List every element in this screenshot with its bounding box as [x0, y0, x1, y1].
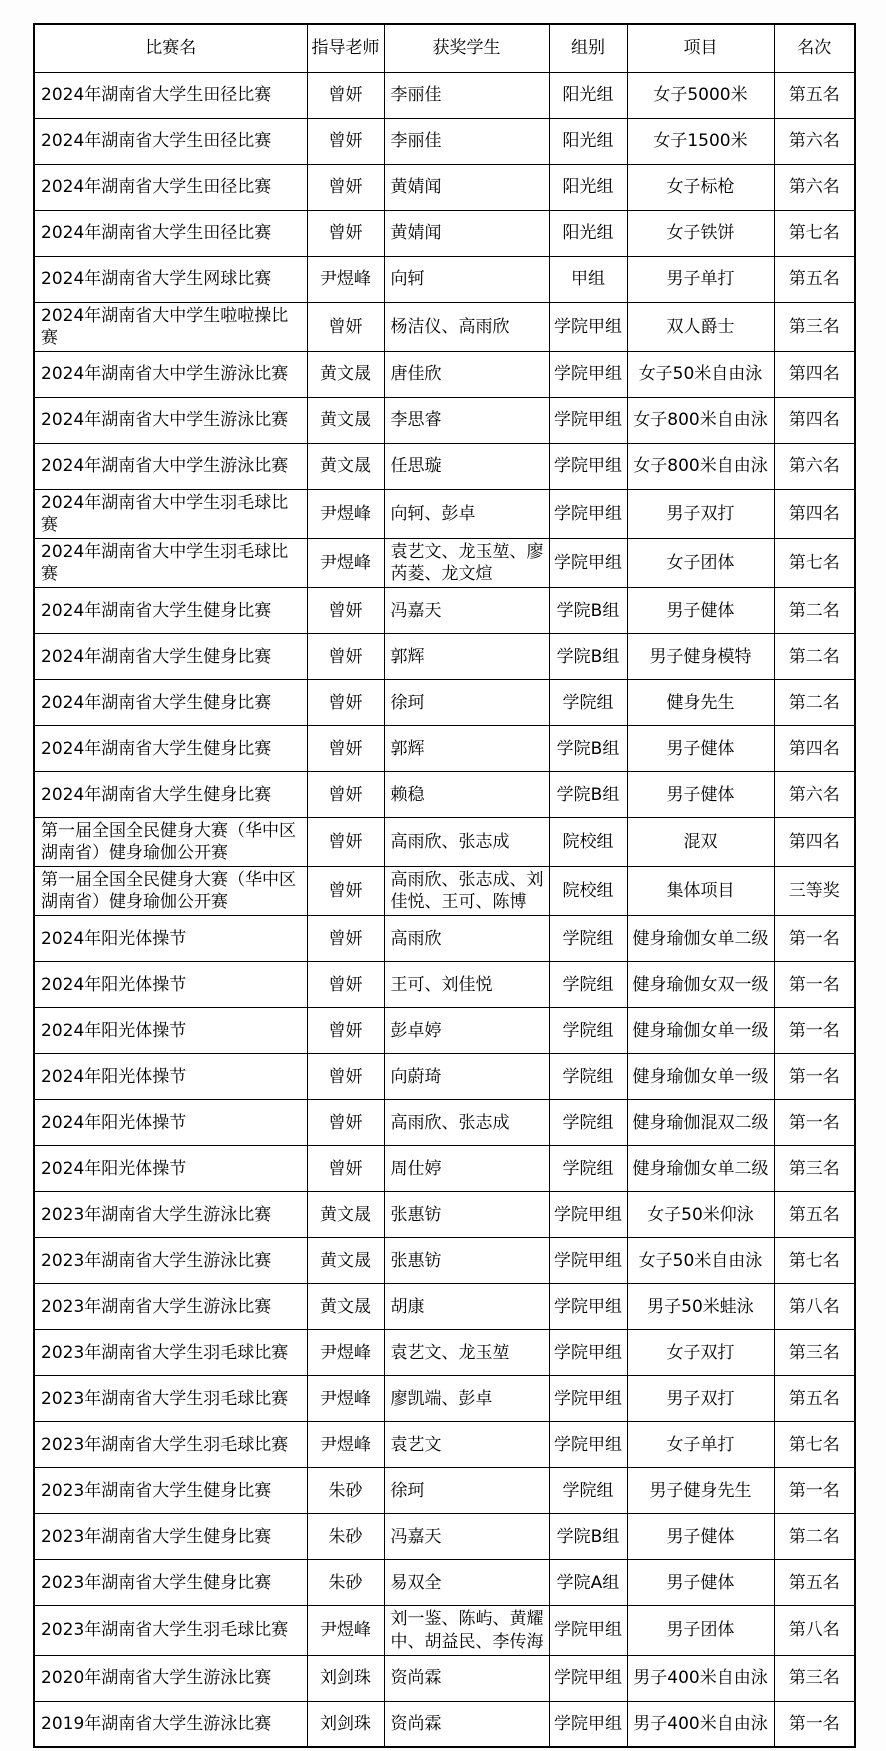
cell-group: 学院组 [549, 1146, 627, 1192]
cell-teacher: 朱砂 [307, 1514, 384, 1560]
table-row: 2023年湖南省大学生羽毛球比赛尹煜峰袁艺文学院甲组女子单打第七名 [34, 1422, 855, 1468]
cell-students: 郭辉 [384, 726, 549, 772]
cell-competition: 2024年湖南省大学生田径比赛 [34, 118, 307, 164]
cell-teacher: 刘剑珠 [307, 1701, 384, 1747]
table-row: 第一届全国全民健身大赛（华中区湖南省）健身瑜伽公开赛曾妍高雨欣、张志成院校组混双… [34, 818, 855, 867]
cell-rank: 第六名 [774, 118, 855, 164]
cell-competition: 2024年阳光体操节 [34, 1054, 307, 1100]
cell-students: 资尚霖 [384, 1701, 549, 1747]
cell-teacher: 曾妍 [307, 726, 384, 772]
cell-competition: 2024年湖南省大中学生游泳比赛 [34, 351, 307, 397]
cell-teacher: 朱砂 [307, 1560, 384, 1606]
cell-rank: 第一名 [774, 1100, 855, 1146]
cell-students: 高雨欣 [384, 916, 549, 962]
cell-students: 王可、刘佳悦 [384, 962, 549, 1008]
cell-students: 袁艺文 [384, 1422, 549, 1468]
cell-group: 学院甲组 [549, 1606, 627, 1655]
cell-group: 学院甲组 [549, 489, 627, 538]
cell-event: 健身瑜伽混双二级 [627, 1100, 774, 1146]
cell-rank: 第四名 [774, 397, 855, 443]
cell-event: 健身瑜伽女单一级 [627, 1008, 774, 1054]
cell-rank: 第五名 [774, 256, 855, 302]
cell-rank: 第五名 [774, 1376, 855, 1422]
cell-students: 冯嘉天 [384, 588, 549, 634]
cell-teacher: 曾妍 [307, 962, 384, 1008]
cell-teacher: 尹煜峰 [307, 1330, 384, 1376]
cell-students: 高雨欣、张志成 [384, 1100, 549, 1146]
cell-event: 健身瑜伽女单二级 [627, 1146, 774, 1192]
cell-students: 袁艺文、龙玉堃 [384, 1330, 549, 1376]
cell-students: 徐珂 [384, 1468, 549, 1514]
table-row: 2023年湖南省大学生健身比赛朱砂徐珂学院组男子健身先生第一名 [34, 1468, 855, 1514]
cell-rank: 第八名 [774, 1284, 855, 1330]
column-header-students: 获奖学生 [384, 24, 549, 72]
cell-competition: 2024年湖南省大中学生游泳比赛 [34, 443, 307, 489]
cell-group: 学院甲组 [549, 1238, 627, 1284]
table-header-row: 比赛名指导老师获奖学生组别项目名次 [34, 24, 855, 72]
cell-group: 学院组 [549, 1468, 627, 1514]
cell-students: 徐珂 [384, 680, 549, 726]
cell-group: 学院A组 [549, 1560, 627, 1606]
cell-teacher: 朱砂 [307, 1468, 384, 1514]
cell-group: 学院组 [549, 680, 627, 726]
table-row: 2023年湖南省大学生游泳比赛黄文晟张惠钫学院甲组女子50米自由泳第七名 [34, 1238, 855, 1284]
cell-students: 李思睿 [384, 397, 549, 443]
table-row: 2024年阳光体操节曾妍向蔚琦学院组健身瑜伽女单一级第一名 [34, 1054, 855, 1100]
cell-competition: 2024年阳光体操节 [34, 1146, 307, 1192]
cell-event: 男子双打 [627, 489, 774, 538]
cell-competition: 2024年湖南省大学生田径比赛 [34, 72, 307, 118]
cell-teacher: 曾妍 [307, 680, 384, 726]
cell-event: 双人爵士 [627, 302, 774, 351]
cell-teacher: 曾妍 [307, 818, 384, 867]
cell-event: 女子800米自由泳 [627, 397, 774, 443]
cell-rank: 第四名 [774, 351, 855, 397]
cell-group: 学院B组 [549, 1514, 627, 1560]
cell-competition: 2024年湖南省大中学生羽毛球比赛 [34, 538, 307, 587]
table-body: 2024年湖南省大学生田径比赛曾妍李丽佳阳光组女子5000米第五名2024年湖南… [34, 72, 855, 1747]
cell-students: 向蔚琦 [384, 1054, 549, 1100]
cell-competition: 2024年湖南省大中学生游泳比赛 [34, 397, 307, 443]
cell-competition: 2024年湖南省大学生网球比赛 [34, 256, 307, 302]
cell-group: 学院甲组 [549, 1422, 627, 1468]
cell-rank: 第六名 [774, 164, 855, 210]
table-row: 2024年湖南省大学生田径比赛曾妍李丽佳阳光组女子1500米第六名 [34, 118, 855, 164]
cell-teacher: 曾妍 [307, 772, 384, 818]
table-row: 2024年湖南省大学生网球比赛尹煜峰向轲甲组男子单打第五名 [34, 256, 855, 302]
cell-group: 院校组 [549, 818, 627, 867]
cell-teacher: 曾妍 [307, 118, 384, 164]
cell-rank: 第四名 [774, 726, 855, 772]
table-row: 第一届全国全民健身大赛（华中区湖南省）健身瑜伽公开赛曾妍高雨欣、张志成、刘佳悦、… [34, 867, 855, 916]
cell-event: 健身瑜伽女单二级 [627, 916, 774, 962]
cell-rank: 第七名 [774, 538, 855, 587]
cell-teacher: 尹煜峰 [307, 256, 384, 302]
cell-group: 学院甲组 [549, 1376, 627, 1422]
table-row: 2024年湖南省大学生田径比赛曾妍黄婧闻阳光组女子铁饼第七名 [34, 210, 855, 256]
cell-students: 廖凯端、彭卓 [384, 1376, 549, 1422]
cell-event: 女子50米自由泳 [627, 351, 774, 397]
cell-teacher: 尹煜峰 [307, 538, 384, 587]
column-header-rank: 名次 [774, 24, 855, 72]
cell-event: 男子团体 [627, 1606, 774, 1655]
cell-teacher: 曾妍 [307, 210, 384, 256]
cell-rank: 第三名 [774, 1330, 855, 1376]
cell-teacher: 黄文晟 [307, 351, 384, 397]
cell-group: 学院B组 [549, 772, 627, 818]
cell-teacher: 曾妍 [307, 1054, 384, 1100]
cell-rank: 第三名 [774, 1655, 855, 1701]
cell-teacher: 曾妍 [307, 588, 384, 634]
cell-group: 学院B组 [549, 726, 627, 772]
cell-teacher: 曾妍 [307, 164, 384, 210]
cell-teacher: 刘剑珠 [307, 1655, 384, 1701]
cell-competition: 2023年湖南省大学生羽毛球比赛 [34, 1330, 307, 1376]
table-row: 2024年湖南省大中学生游泳比赛黄文晟任思璇学院甲组女子800米自由泳第六名 [34, 443, 855, 489]
cell-competition: 2024年阳光体操节 [34, 916, 307, 962]
table-row: 2020年湖南省大学生游泳比赛刘剑珠资尚霖学院甲组男子400米自由泳第三名 [34, 1655, 855, 1701]
column-header-teacher: 指导老师 [307, 24, 384, 72]
cell-group: 学院甲组 [549, 538, 627, 587]
cell-students: 冯嘉天 [384, 1514, 549, 1560]
cell-rank: 第一名 [774, 962, 855, 1008]
cell-competition: 第一届全国全民健身大赛（华中区湖南省）健身瑜伽公开赛 [34, 867, 307, 916]
cell-group: 学院甲组 [549, 1701, 627, 1747]
table-row: 2023年湖南省大学生健身比赛朱砂冯嘉天学院B组男子健体第二名 [34, 1514, 855, 1560]
cell-group: 学院组 [549, 916, 627, 962]
cell-students: 张惠钫 [384, 1238, 549, 1284]
cell-rank: 第五名 [774, 72, 855, 118]
table-row: 2024年阳光体操节曾妍高雨欣学院组健身瑜伽女单二级第一名 [34, 916, 855, 962]
cell-teacher: 尹煜峰 [307, 1376, 384, 1422]
cell-event: 健身瑜伽女单一级 [627, 1054, 774, 1100]
cell-students: 李丽佳 [384, 72, 549, 118]
cell-event: 男子单打 [627, 256, 774, 302]
cell-students: 杨洁仪、高雨欣 [384, 302, 549, 351]
cell-competition: 2024年湖南省大学生健身比赛 [34, 726, 307, 772]
cell-event: 男子400米自由泳 [627, 1701, 774, 1747]
cell-group: 学院甲组 [549, 351, 627, 397]
cell-students: 刘一鉴、陈屿、黄耀中、胡益民、李传海 [384, 1606, 549, 1655]
cell-students: 黄婧闻 [384, 164, 549, 210]
cell-rank: 第三名 [774, 302, 855, 351]
cell-rank: 第一名 [774, 1468, 855, 1514]
cell-students: 高雨欣、张志成 [384, 818, 549, 867]
cell-rank: 第八名 [774, 1606, 855, 1655]
cell-competition: 2023年湖南省大学生健身比赛 [34, 1514, 307, 1560]
cell-competition: 2023年湖南省大学生游泳比赛 [34, 1238, 307, 1284]
cell-competition: 2023年湖南省大学生游泳比赛 [34, 1284, 307, 1330]
cell-competition: 2023年湖南省大学生羽毛球比赛 [34, 1606, 307, 1655]
cell-teacher: 曾妍 [307, 1100, 384, 1146]
cell-students: 向轲 [384, 256, 549, 302]
cell-competition: 2024年湖南省大学生健身比赛 [34, 680, 307, 726]
cell-rank: 第三名 [774, 1146, 855, 1192]
cell-rank: 第四名 [774, 489, 855, 538]
cell-group: 甲组 [549, 256, 627, 302]
cell-event: 男子健体 [627, 726, 774, 772]
cell-teacher: 曾妍 [307, 302, 384, 351]
table-row: 2023年湖南省大学生羽毛球比赛尹煜峰廖凯端、彭卓学院甲组男子双打第五名 [34, 1376, 855, 1422]
table-row: 2024年湖南省大中学生羽毛球比赛尹煜峰袁艺文、龙玉堃、廖芮菱、龙文煊学院甲组女… [34, 538, 855, 587]
cell-competition: 2024年阳光体操节 [34, 1008, 307, 1054]
cell-students: 张惠钫 [384, 1192, 549, 1238]
cell-students: 胡康 [384, 1284, 549, 1330]
cell-event: 女子5000米 [627, 72, 774, 118]
table-row: 2024年阳光体操节曾妍周仕婷学院组健身瑜伽女单二级第三名 [34, 1146, 855, 1192]
cell-rank: 第一名 [774, 1701, 855, 1747]
cell-students: 易双全 [384, 1560, 549, 1606]
table-row: 2019年湖南省大学生游泳比赛刘剑珠资尚霖学院甲组男子400米自由泳第一名 [34, 1701, 855, 1747]
table-row: 2024年湖南省大中学生羽毛球比赛尹煜峰向轲、彭卓学院甲组男子双打第四名 [34, 489, 855, 538]
cell-competition: 2023年湖南省大学生健身比赛 [34, 1468, 307, 1514]
cell-rank: 第七名 [774, 1422, 855, 1468]
cell-group: 阳光组 [549, 164, 627, 210]
cell-competition: 2023年湖南省大学生羽毛球比赛 [34, 1376, 307, 1422]
cell-competition: 第一届全国全民健身大赛（华中区湖南省）健身瑜伽公开赛 [34, 818, 307, 867]
cell-students: 李丽佳 [384, 118, 549, 164]
cell-teacher: 尹煜峰 [307, 1606, 384, 1655]
cell-competition: 2024年湖南省大中学生啦啦操比赛 [34, 302, 307, 351]
table-row: 2024年湖南省大学生健身比赛曾妍郭辉学院B组男子健身模特第二名 [34, 634, 855, 680]
cell-competition: 2019年湖南省大学生游泳比赛 [34, 1701, 307, 1747]
cell-competition: 2024年湖南省大学生健身比赛 [34, 634, 307, 680]
cell-rank: 第二名 [774, 634, 855, 680]
table-row: 2024年阳光体操节曾妍彭卓婷学院组健身瑜伽女单一级第一名 [34, 1008, 855, 1054]
cell-competition: 2024年阳光体操节 [34, 1100, 307, 1146]
cell-rank: 第七名 [774, 1238, 855, 1284]
cell-event: 女子双打 [627, 1330, 774, 1376]
cell-group: 学院组 [549, 1008, 627, 1054]
cell-event: 女子800米自由泳 [627, 443, 774, 489]
table-row: 2023年湖南省大学生游泳比赛黄文晟胡康学院甲组男子50米蛙泳第八名 [34, 1284, 855, 1330]
page: 比赛名指导老师获奖学生组别项目名次 2024年湖南省大学生田径比赛曾妍李丽佳阳光… [0, 0, 886, 1751]
cell-event: 混双 [627, 818, 774, 867]
cell-students: 郭辉 [384, 634, 549, 680]
table-row: 2024年阳光体操节曾妍王可、刘佳悦学院组健身瑜伽女双一级第一名 [34, 962, 855, 1008]
cell-competition: 2024年湖南省大学生健身比赛 [34, 772, 307, 818]
cell-event: 女子1500米 [627, 118, 774, 164]
cell-group: 学院甲组 [549, 397, 627, 443]
cell-event: 女子50米自由泳 [627, 1238, 774, 1284]
cell-rank: 第一名 [774, 1008, 855, 1054]
cell-competition: 2024年湖南省大学生健身比赛 [34, 588, 307, 634]
cell-teacher: 曾妍 [307, 916, 384, 962]
cell-group: 阳光组 [549, 118, 627, 164]
cell-competition: 2024年湖南省大学生田径比赛 [34, 210, 307, 256]
cell-competition: 2024年湖南省大学生田径比赛 [34, 164, 307, 210]
cell-competition: 2020年湖南省大学生游泳比赛 [34, 1655, 307, 1701]
cell-teacher: 黄文晟 [307, 397, 384, 443]
table-row: 2024年湖南省大中学生游泳比赛黄文晟李思睿学院甲组女子800米自由泳第四名 [34, 397, 855, 443]
cell-event: 男子健体 [627, 1560, 774, 1606]
cell-teacher: 黄文晟 [307, 1238, 384, 1284]
cell-group: 学院甲组 [549, 443, 627, 489]
cell-event: 集体项目 [627, 867, 774, 916]
cell-event: 女子标枪 [627, 164, 774, 210]
cell-students: 资尚霖 [384, 1655, 549, 1701]
cell-teacher: 黄文晟 [307, 1192, 384, 1238]
cell-rank: 第六名 [774, 443, 855, 489]
cell-event: 男子健体 [627, 588, 774, 634]
cell-rank: 第一名 [774, 916, 855, 962]
table-row: 2024年阳光体操节曾妍高雨欣、张志成学院组健身瑜伽混双二级第一名 [34, 1100, 855, 1146]
cell-group: 阳光组 [549, 72, 627, 118]
cell-teacher: 曾妍 [307, 867, 384, 916]
cell-competition: 2024年阳光体操节 [34, 962, 307, 1008]
table-row: 2023年湖南省大学生羽毛球比赛尹煜峰刘一鉴、陈屿、黄耀中、胡益民、李传海学院甲… [34, 1606, 855, 1655]
cell-group: 学院甲组 [549, 1192, 627, 1238]
cell-event: 男子双打 [627, 1376, 774, 1422]
cell-teacher: 黄文晟 [307, 1284, 384, 1330]
table-row: 2024年湖南省大中学生啦啦操比赛曾妍杨洁仪、高雨欣学院甲组双人爵士第三名 [34, 302, 855, 351]
table-row: 2023年湖南省大学生羽毛球比赛尹煜峰袁艺文、龙玉堃学院甲组女子双打第三名 [34, 1330, 855, 1376]
table-row: 2024年湖南省大学生田径比赛曾妍李丽佳阳光组女子5000米第五名 [34, 72, 855, 118]
cell-event: 女子50米仰泳 [627, 1192, 774, 1238]
cell-group: 学院甲组 [549, 1330, 627, 1376]
cell-teacher: 黄文晟 [307, 443, 384, 489]
cell-group: 学院甲组 [549, 1655, 627, 1701]
cell-competition: 2023年湖南省大学生游泳比赛 [34, 1192, 307, 1238]
cell-event: 健身先生 [627, 680, 774, 726]
cell-group: 学院组 [549, 1054, 627, 1100]
cell-teacher: 尹煜峰 [307, 1422, 384, 1468]
cell-rank: 第七名 [774, 210, 855, 256]
cell-rank: 第二名 [774, 588, 855, 634]
table-row: 2023年湖南省大学生游泳比赛黄文晟张惠钫学院甲组女子50米仰泳第五名 [34, 1192, 855, 1238]
cell-group: 学院甲组 [549, 302, 627, 351]
cell-event: 男子健身先生 [627, 1468, 774, 1514]
cell-rank: 第四名 [774, 818, 855, 867]
cell-rank: 第五名 [774, 1192, 855, 1238]
cell-students: 黄婧闻 [384, 210, 549, 256]
cell-event: 健身瑜伽女双一级 [627, 962, 774, 1008]
cell-students: 赖稳 [384, 772, 549, 818]
cell-rank: 第二名 [774, 680, 855, 726]
cell-rank: 第二名 [774, 1514, 855, 1560]
cell-competition: 2023年湖南省大学生健身比赛 [34, 1560, 307, 1606]
table-row: 2024年湖南省大学生健身比赛曾妍赖稳学院B组男子健体第六名 [34, 772, 855, 818]
table-row: 2024年湖南省大中学生游泳比赛黄文晟唐佳欣学院甲组女子50米自由泳第四名 [34, 351, 855, 397]
cell-rank: 第五名 [774, 1560, 855, 1606]
cell-teacher: 曾妍 [307, 1008, 384, 1054]
cell-students: 向轲、彭卓 [384, 489, 549, 538]
cell-competition: 2024年湖南省大中学生羽毛球比赛 [34, 489, 307, 538]
column-header-competition: 比赛名 [34, 24, 307, 72]
cell-students: 唐佳欣 [384, 351, 549, 397]
cell-students: 高雨欣、张志成、刘佳悦、王可、陈博 [384, 867, 549, 916]
cell-teacher: 曾妍 [307, 72, 384, 118]
cell-event: 女子单打 [627, 1422, 774, 1468]
cell-event: 男子400米自由泳 [627, 1655, 774, 1701]
table-row: 2024年湖南省大学生健身比赛曾妍冯嘉天学院B组男子健体第二名 [34, 588, 855, 634]
table-row: 2024年湖南省大学生田径比赛曾妍黄婧闻阳光组女子标枪第六名 [34, 164, 855, 210]
cell-group: 阳光组 [549, 210, 627, 256]
table-row: 2024年湖南省大学生健身比赛曾妍徐珂学院组健身先生第二名 [34, 680, 855, 726]
cell-group: 学院甲组 [549, 1284, 627, 1330]
cell-event: 女子团体 [627, 538, 774, 587]
cell-group: 学院B组 [549, 634, 627, 680]
cell-students: 彭卓婷 [384, 1008, 549, 1054]
cell-event: 男子健体 [627, 772, 774, 818]
cell-teacher: 曾妍 [307, 1146, 384, 1192]
cell-competition: 2023年湖南省大学生羽毛球比赛 [34, 1422, 307, 1468]
cell-group: 学院B组 [549, 588, 627, 634]
column-header-event: 项目 [627, 24, 774, 72]
cell-group: 学院组 [549, 1100, 627, 1146]
table-row: 2023年湖南省大学生健身比赛朱砂易双全学院A组男子健体第五名 [34, 1560, 855, 1606]
cell-teacher: 曾妍 [307, 634, 384, 680]
column-header-group: 组别 [549, 24, 627, 72]
cell-event: 男子健体 [627, 1514, 774, 1560]
cell-rank: 第六名 [774, 772, 855, 818]
cell-rank: 第一名 [774, 1054, 855, 1100]
cell-students: 周仕婷 [384, 1146, 549, 1192]
cell-event: 男子50米蛙泳 [627, 1284, 774, 1330]
cell-students: 任思璇 [384, 443, 549, 489]
cell-rank: 三等奖 [774, 867, 855, 916]
cell-event: 女子铁饼 [627, 210, 774, 256]
cell-group: 学院组 [549, 962, 627, 1008]
table-row: 2024年湖南省大学生健身比赛曾妍郭辉学院B组男子健体第四名 [34, 726, 855, 772]
cell-students: 袁艺文、龙玉堃、廖芮菱、龙文煊 [384, 538, 549, 587]
cell-group: 院校组 [549, 867, 627, 916]
table-header: 比赛名指导老师获奖学生组别项目名次 [34, 24, 855, 72]
awards-table: 比赛名指导老师获奖学生组别项目名次 2024年湖南省大学生田径比赛曾妍李丽佳阳光… [33, 23, 856, 1748]
cell-teacher: 尹煜峰 [307, 489, 384, 538]
cell-event: 男子健身模特 [627, 634, 774, 680]
